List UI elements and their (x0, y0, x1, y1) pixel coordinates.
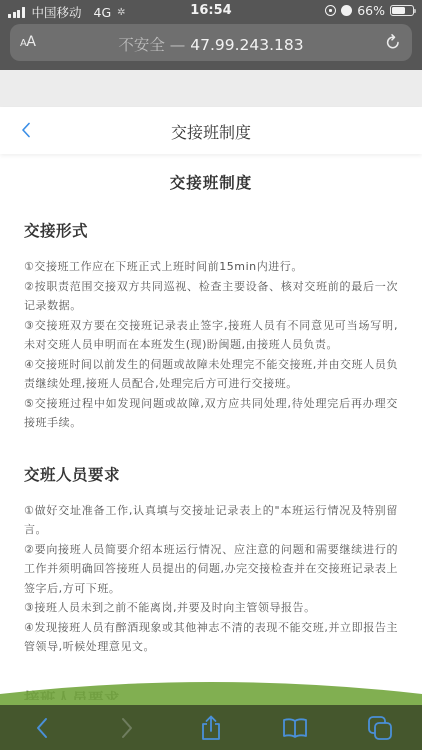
bookmarks-button[interactable] (253, 705, 337, 750)
url-display[interactable]: 不安全 — 47.99.243.183 (10, 33, 412, 55)
tabs-icon (367, 715, 393, 741)
section-heading: 接班人员要求 (24, 687, 398, 701)
list-item: ③交接班双方要在交接班记录表止签字,接班人员有不同意见可当场写明,未对交班人员申… (24, 316, 398, 355)
share-button[interactable] (169, 705, 253, 750)
browser-back-button[interactable] (0, 705, 84, 750)
tabs-button[interactable] (338, 705, 422, 750)
section-heading: 交班人员要求 (24, 463, 398, 485)
list-item: ⑤交接班过程中如发现问题或故障,双方应共同处理,待处理完后再办理交接班手续。 (24, 394, 398, 433)
list-item: ④交接班时间以前发生的伺题或故障未处理完不能交接班,并由交班人员负责继续处理,接… (24, 355, 398, 394)
section-heading: 交接形式 (24, 219, 398, 241)
chevron-right-icon (120, 717, 134, 739)
browser-chrome-top: 中国移动 4G ✲ 16:54 66% AA 不安全 — 47.99.243.1… (0, 0, 422, 70)
browser-toolbar (0, 705, 422, 750)
list-item: ③接班人员未到之前不能离岗,并要及时向主管领导报告。 (24, 598, 398, 618)
alarm-icon (341, 5, 352, 16)
navbar-title: 交接班制度 (0, 120, 422, 143)
battery-icon (390, 5, 414, 16)
list-item: ②按职责范围交接双方共同巡视、检查主要设备、核对交班前的最后一次记录数据。 (24, 277, 398, 316)
chevron-left-icon (35, 717, 49, 739)
orientation-lock-icon (325, 5, 336, 16)
list-item: ④发现接班人员有醉酒现象或其他神志不清的表现不能交班,并立即报告主管领导,听候处… (24, 618, 398, 657)
status-right: 66% (325, 3, 414, 18)
page-navbar: 交接班制度 (0, 107, 422, 154)
browser-forward-button[interactable] (84, 705, 168, 750)
list-item: ①做好交址准备工作,认真填与交接址记录表上的"本班运行情况及特别留言。 (24, 501, 398, 540)
url-host: 47.99.243.183 (190, 36, 303, 54)
section-incoming-staff: 接班人员要求 ①上班前不能饮酒,要在规定的接班时间前到达接班地点。 (0, 687, 422, 701)
reload-icon[interactable] (384, 33, 402, 51)
section-handover-form: 交接形式 ①交接班工作应在下班正式上班时间前15min内进行。 ②按职责范围交接… (0, 219, 422, 433)
status-bar: 中国移动 4G ✲ 16:54 66% (0, 0, 422, 22)
address-bar[interactable]: AA 不安全 — 47.99.243.183 (10, 24, 412, 61)
page-top-gap (0, 70, 422, 107)
section-outgoing-staff: 交班人员要求 ①做好交址准备工作,认真填与交接址记录表上的"本班运行情况及特别留… (0, 463, 422, 657)
list-item: ①交接班工作应在下班正式上班时间前15min内进行。 (24, 257, 398, 277)
not-secure-label: 不安全 (118, 36, 165, 54)
url-separator: — (165, 36, 190, 54)
share-icon (200, 715, 222, 741)
list-item: ②要向接班人员简要介绍本班运行情况、应注意的问题和需要继续进行的工作并须明确回答… (24, 540, 398, 599)
battery-percent: 66% (357, 3, 385, 18)
document-content[interactable]: 交接班制度 交接形式 ①交接班工作应在下班正式上班时间前15min内进行。 ②按… (0, 154, 422, 700)
book-icon (282, 717, 308, 739)
document-title: 交接班制度 (0, 171, 422, 193)
